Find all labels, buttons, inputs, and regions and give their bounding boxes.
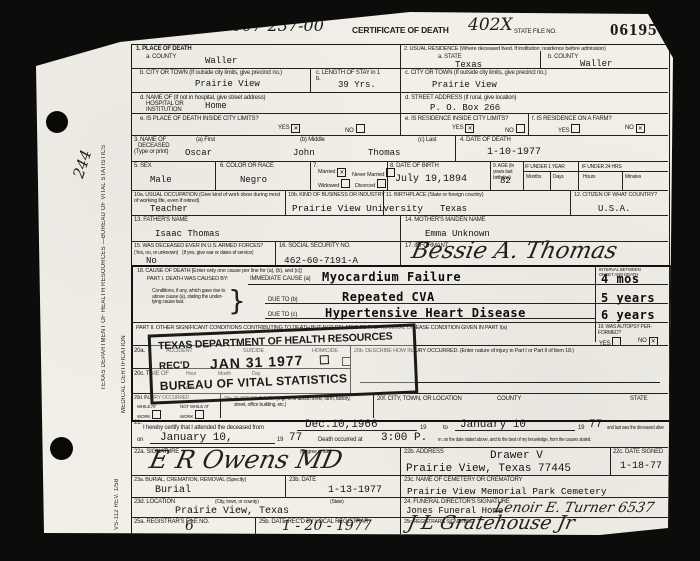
injury-county-label: COUNTY [497,396,521,402]
divider-line [275,241,276,265]
medical-certification-border [131,265,672,422]
part2-label: PART II. OTHER SIGNIFICANT CONDITIONS CO… [136,325,507,331]
divider-line [373,393,374,418]
divider-line [265,318,595,319]
divider-line [595,265,596,342]
divider-line [131,345,668,346]
divider-line [265,303,595,304]
certify-text-2: and last saw the deceased alive [607,425,664,430]
burial-value: Burial [155,485,191,496]
due-to-b-label: DUE TO (b) [268,297,297,303]
side-text-department: TEXAS DEPARTMENT OF HEALTH RESOURCES —BU… [101,60,107,390]
name-of-deceased-label2: DECEASED [138,143,169,149]
stamp-recd-label: REC'D [159,360,190,372]
divider-line [455,430,575,431]
divider-line [131,68,668,69]
divider-line [400,475,401,497]
date-received-label: 25b. DATE REC'D BY LOCAL REGISTRAR [259,519,368,525]
residence-city-limits-no: NO [505,124,525,134]
divider-line [490,161,491,190]
interval-header2: ONSET AND DEATH [599,272,638,277]
interval-a-value: 4 mos [601,272,640,286]
first-name-label: (a) First [196,137,215,143]
residence-farm-label: f. IS RESIDENCE ON A FARM? [532,116,612,122]
location-value: Prairie View, Texas [175,506,289,517]
date-signed-label: 22c. DATE SIGNED [613,449,663,455]
birthplace-label: 11. BIRTHPLACE (State or foreign country… [386,192,483,198]
divider-line [360,382,660,383]
attended-from-date: Dec.10,1966 [305,419,378,431]
registrar-signature: J L Gratehouse Jr [406,512,577,534]
divider-line [387,161,388,190]
address-label: 22b. ADDRESS [404,449,444,455]
divider-line [540,51,541,68]
stamp-line1: TEXAS DEPARTMENT OF HEALTH RESOURCES [158,330,393,352]
institution-label: d. NAME OF (If not in hospital, give str… [140,95,265,101]
street-address-label: d. STREET ADDRESS (If rural, give locati… [405,95,516,101]
industry-label: 10b. KIND OF BUSINESS OR INDUSTRY [288,192,385,198]
autopsy-no: NO✕ [638,337,658,346]
institution-value: Home [205,101,227,111]
divider-line [400,241,401,265]
residence-city-label: c. CITY OR TOWN (If outside city limits,… [405,70,547,76]
citizen-value: U.S.A. [598,204,630,214]
received-stamp: TEXAS DEPARTMENT OF HEALTH RESOURCES REC… [148,323,419,404]
armed-forces-sub2: (If yes, give war or dates of service) [182,250,253,256]
certify-on: on [137,437,143,443]
divider-line [350,345,351,393]
interval-c-value: 6 years [601,308,655,322]
while-at-work-option: WHILE AT WORK [137,404,167,420]
first-name-value: Oscar [185,148,212,158]
due-to-c-label: DUE TO (c) [268,312,297,318]
divider-line [595,303,668,304]
degree-or-title-label: (Degree or title) [300,449,331,455]
divider-line [131,447,668,448]
divider-line [285,475,286,497]
death-city-limits-label: e. IS PLACE OF DEATH INSIDE CITY LIMITS? [140,116,258,122]
divider-line [595,284,668,285]
date-signed-value: 1-18-77 [620,461,662,472]
mother-name-value: Emma Unknown [425,229,490,239]
funeral-home-value: Jones Funeral Home [406,506,503,516]
checkbox-checked: ✕ [636,124,645,133]
margin-handwritten-note: 244 [69,148,95,181]
middle-name-label: (b) Middle [300,137,325,143]
funeral-director-signature: Lenoir E. Turner 6537 [493,500,655,516]
divider-line [131,215,668,216]
divider-line [248,284,595,285]
institution-label3: INSTITUTION [146,107,181,113]
marital-married: Married✕ [318,168,346,177]
divider-line [400,517,401,534]
residence-state-label: a. STATE [438,54,462,60]
cemetery-value: Prairie View Memorial Park Cemetery [407,486,607,497]
autopsy-label: 19. WAS AUTOPSY PER- FORMED? [598,324,664,336]
stamp-line3: BUREAU OF VITAL STATISTICS [160,371,348,393]
age-value: 82 [500,176,511,186]
occupation-label: 10a. USUAL OCCUPATION (Give kind of work… [134,192,284,204]
funeral-director-label: 24. FUNERAL DIRECTOR'S SIGNATURE [404,499,510,505]
usual-residence-title: 2. USUAL RESIDENCE (Where deceased lived… [404,46,606,52]
divider-line [131,161,668,162]
months-label: Months [526,174,541,180]
certify-to: to [443,425,448,431]
place-of-death-title: 1. PLACE OF DEATH [136,46,192,52]
armed-forces-value: No [146,256,157,266]
race-label: 6. COLOR OR RACE [220,163,274,169]
accident-section-number: 20a. [134,348,145,354]
certify-yr3-value: 77 [289,432,302,444]
state-file-no-label: STATE FILE NO. [514,29,556,35]
occupation-value: Teacher [150,204,188,214]
divider-line [310,68,311,92]
divider-line [550,172,551,190]
punch-hole-bottom [50,437,73,460]
name-of-deceased-label1: 3. NAME OF [134,137,166,143]
divider-line [523,171,668,172]
location-sub1: (City, town, or county) [215,499,259,505]
date-of-death-value: 1-10-1977 [487,147,541,158]
death-city-limits-yes: YES✕ [278,124,300,133]
county-label: a. COUNTY [146,54,176,60]
side-text-medical-certification: MEDICAL CERTIFICATION [121,268,127,413]
county-value: Waller [205,56,237,66]
stamp-date: JAN 31 1977 [210,352,304,372]
sex-value: Male [150,175,172,185]
ssn-value: 462-60-7191-A [284,255,358,266]
divider-line [131,190,668,191]
side-text-form-code: VS-112 REV. 1/58 [114,438,120,530]
checkbox-empty [386,168,395,177]
registrar-file-label: 25a. REGISTRAR'S FILE NO. [134,519,209,525]
divider-line [150,443,275,444]
divider-line [622,172,623,190]
death-time-value: 3:00 P. [381,432,427,444]
divider-line [610,447,611,475]
date-of-birth-label: 8. DATE OF BIRTH [390,163,439,169]
informant-signature: Bessie A. Thomas [409,238,619,264]
marital-widowed: Widowed [318,179,350,189]
certify-yr2-value: 77 [589,419,602,431]
residence-farm-no: NO✕ [625,124,645,133]
scanned-death-certificate: 244 TEXAS DEPARTMENT OF HEALTH RESOURCES… [0,0,700,561]
divider-line [131,241,668,242]
address-line2: Prairie View, Texas 77445 [406,463,571,475]
last-name-label: (c) Last [418,137,436,143]
informant-label: 17. INFORMANT [405,243,448,249]
checkbox-empty [612,337,621,346]
armed-forces-sub1: (Yes, no, or unknown) [134,250,178,256]
checkbox-empty [152,410,161,419]
divider-line [255,517,256,534]
attended-to-date: January 10 [460,419,526,431]
divider-line [131,497,668,498]
location-label: 23d. LOCATION [134,499,175,505]
divider-line [400,215,401,241]
divider-line [400,447,401,475]
conditions-note: Conditions, if any, which gave rise to a… [152,289,230,306]
cemetery-label: 23c. NAME OF CEMETERY OR CREMATORY [404,477,522,483]
physician-signature: E R Owens MD [147,445,345,474]
age-label: 9. AGE (In years last birthday) [493,163,523,181]
burial-date-value: 1-13-1977 [328,485,382,496]
checkbox-checked: ✕ [291,124,300,133]
part1-label: PART I. DEATH WAS CAUSED BY: [147,276,228,282]
immediate-cause-label: IMMEDIATE CAUSE (a) [250,276,310,282]
city-label: b. CITY OR TOWN (If outside city limits,… [140,70,282,76]
father-name-value: Isaac Thomas [155,229,220,239]
describe-injury-label: 20b. DESCRIBE HOW INJURY OCCURRED. (Ente… [354,348,574,354]
burial-label: 23a. BURIAL, CREMATION, REMOVAL (Specify… [134,477,246,483]
time-of-injury-label: 20c. TIME OF [134,371,169,377]
checkbox-empty [195,410,204,419]
death-city-limits-no: NO [345,124,365,134]
checkbox-empty [342,357,351,366]
institution-label2: HOSPITAL OR [146,101,183,107]
divider-line [455,135,456,161]
city-value: Prairie View [195,79,260,89]
certify-text-1: I hereby certify that I attended the dec… [143,425,264,431]
registrar-signature-label: 25c. REGISTRAR'S SIGNATURE [404,519,473,525]
if-under-1-year-label: IF UNDER 1 YEAR [525,164,565,170]
conditions-brace: } [228,284,246,317]
divider-line [285,190,286,215]
certify-number: 21. [134,420,142,426]
marital-never: Never Married [352,168,395,178]
middle-name-value: John [293,148,315,158]
residence-farm-yes: YES [558,124,580,134]
not-while-at-work-option: NOT WHILE AT WORK [180,404,214,420]
injury-city-label: 20f. CITY, TOWN, OR LOCATION [377,396,462,402]
street-address-value: P. O. Box 266 [430,103,500,113]
immediate-cause-value: Myocardium Failure [322,270,461,284]
punch-hole-top [46,111,68,133]
residence-city-value: Prairie View [432,80,497,90]
divider-line [131,322,668,323]
handwritten-number: 402X [468,15,513,35]
stamp-checkbox [320,355,329,364]
minutes-label: Minutes [625,174,641,180]
days-label: Days [553,174,564,180]
armed-forces-label: 15. WAS DECEASED EVER IN U.S. ARMED FORC… [134,243,263,249]
marital-divorced: Divorced [355,179,386,189]
pm-label: p.m. [186,385,195,391]
divider-line [383,190,384,215]
checkbox-checked: ✕ [465,124,474,133]
residence-county-value: Waller [580,59,612,69]
length-of-stay-value: 39 Yrs. [338,80,376,90]
due-to-c-value: Hypertensive Heart Disease [325,306,526,320]
certify-text-4: m. on the date stated above, and to the … [438,437,591,442]
homicide-label: HOMICIDE [312,348,338,354]
length-of-stay-label: c. LENGTH OF STAY in 1 b. [316,70,386,82]
registrar-file-value: 6 [185,518,194,534]
residence-city-limits-yes: YES✕ [452,124,474,133]
divider-line [310,161,311,190]
divider-line [131,113,668,114]
checkbox-checked: ✕ [337,168,346,177]
death-occurred-at-label: Death occurred at [318,437,362,443]
place-of-injury-label1: 20e. PLACE OF INJURY (e.g., in or about … [224,396,350,402]
divider-line [131,475,668,476]
sex-label: 5. SEX [134,163,151,169]
if-under-24-hrs-label: IF UNDER 24 HRS [582,164,622,170]
name-of-deceased-label3: (Type or print) [134,149,168,155]
divider-line [570,190,571,215]
divider-line [400,44,401,135]
burial-date-label: 23b. DATE [289,477,316,483]
interval-b-value: 5 years [601,291,655,305]
residence-state-value: Texas [455,60,482,70]
divider-line [297,430,417,431]
handwritten-codes: 237-007 237-00 [196,16,324,35]
divider-line [131,393,668,394]
certify-yr2: 19 [578,425,584,431]
divider-line [131,368,350,369]
certify-yr1: 19 [420,425,426,431]
checkbox-empty [377,179,386,188]
divider-line [131,135,668,136]
place-of-injury-label2: street, office building, etc.) [234,402,286,408]
state-of-texas-label: STATE OF TEXAS [133,27,184,34]
father-name-label: 13. FATHER'S NAME [134,217,188,223]
injury-occurred-label: 20d. INJURY OCCURRED [134,395,189,401]
mother-name-label: 14. MOTHER'S MAIDEN NAME [405,217,485,223]
last-seen-date: January 10, [160,432,233,444]
month-label: Month [218,371,231,377]
divider-line [220,393,221,418]
industry-value: Prairie View University [292,203,423,214]
physician-signature-label: 22a. SIGNATURE [134,449,179,455]
marital-number: 7. [313,163,318,169]
divider-line [528,113,529,135]
last-name-value: Thomas [368,148,400,158]
accident-label: ACCIDENT [166,348,193,354]
checkbox-empty [356,124,365,133]
date-of-birth-value: July 19,1894 [395,174,467,185]
injury-state-label: STATE [630,396,647,402]
date-received-value: 1 - 20 - 1977 [282,518,372,534]
divider-line [215,161,216,190]
divider-line [400,497,401,517]
hour-label: Hour [186,371,196,377]
residence-city-limits-label: e. IS RESIDENCE INSIDE CITY LIMITS? [405,116,508,122]
citizen-label: 12. CITIZEN OF WHAT COUNTRY? [574,192,664,198]
checkbox-checked: ✕ [649,337,658,346]
due-to-b-value: Repeated CVA [342,290,435,304]
suicide-label: SUICIDE [243,348,264,354]
checkbox-empty [516,124,525,133]
cause-of-death-label: 18. CAUSE OF DEATH [Enter only one cause… [137,268,302,274]
divider-line [578,161,579,190]
autopsy-yes: YES [599,337,621,347]
certificate-page: 244 TEXAS DEPARTMENT OF HEALTH RESOURCES… [0,0,700,561]
residence-county-label: b. COUNTY [548,54,578,60]
certify-yr3: 19 [277,437,283,443]
state-file-number: 06195 [610,20,658,40]
race-value: Negro [240,175,267,185]
interval-header1: INTERVAL BETWEEN [599,267,641,272]
ssn-label: 16. SOCIAL SECURITY NO. [279,243,350,249]
location-sub2: (State) [330,499,344,505]
form-border [131,44,670,536]
birthplace-value: Texas [440,204,467,214]
divider-line [131,517,668,518]
divider-line [131,92,668,93]
date-of-death-label: 4. DATE OF DEATH [460,137,511,143]
checkbox-empty [571,124,580,133]
divider-line [523,161,524,190]
checkbox-empty [341,179,350,188]
address-line1: Drawer V [490,450,543,462]
day-label: Day [252,371,260,377]
hours-label: Hours [583,174,595,180]
certificate-title: CERTIFICATE OF DEATH [352,25,449,35]
